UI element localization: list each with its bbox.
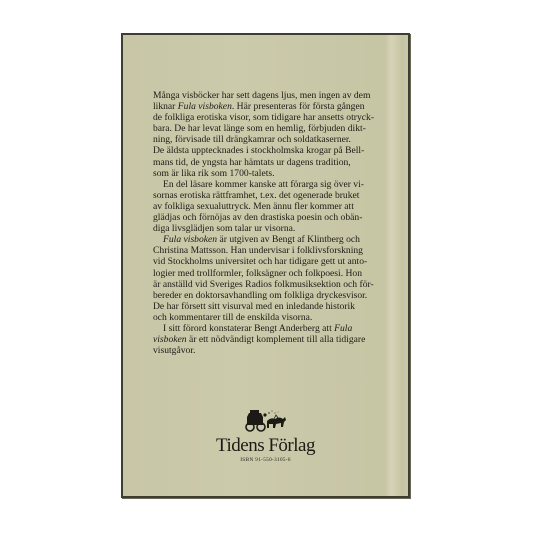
blurb-line: De har försett sitt visurval med en inle… [153, 301, 383, 312]
blurb-line: Fula visboken är utgiven av Bengt af Kli… [153, 234, 383, 245]
blurb-line: I sitt förord konstaterar Bengt Anderber… [153, 323, 383, 334]
blurb-text-segment: är ett nödvändigt komplement till alla t… [187, 334, 366, 345]
blurb-line: är anställd vid Sveriges Radios folkmusi… [153, 279, 383, 290]
blurb-line: av folkliga sexualuttryck. Men ännu fler… [153, 201, 383, 212]
blurb-line: Christina Mattsson. Han undervisar i fol… [153, 245, 383, 256]
book-title-italic: visboken [153, 334, 187, 345]
blurb-line: glädjas och förnöjas av den drastiska po… [153, 212, 383, 223]
blurb-line: Många visböcker har sett dagens ljus, me… [153, 90, 383, 101]
blurb-text-segment: liknar [153, 101, 178, 112]
blurb-text-segment: är utgiven av Bengt af Klintberg och [217, 234, 360, 245]
book-title-italic: Fula visboken [178, 101, 232, 112]
book-title-italic: Fula visboken [163, 234, 217, 245]
blurb-text-segment: . Här presenteras för första gången [232, 101, 365, 112]
blurb-line: liknar Fula visboken. Här presenteras fö… [153, 101, 383, 112]
blurb-line: bereder en doktorsavhandling om folkliga… [153, 290, 383, 301]
blurb-line: bara. De har levat länge som en hemlig, … [153, 123, 383, 134]
blurb-line: mans tid, de yngsta har hämtats ur dagen… [153, 157, 383, 168]
blurb-line: logier med trollformler, folksägner och … [153, 268, 383, 279]
isbn-number: ISBN 91-550-3105-6 [123, 457, 408, 463]
blurb-line: En del läsare kommer kanske att förarga … [153, 179, 383, 190]
blurb-line: ning, förvisade till drängkamrar och sol… [153, 134, 383, 145]
blurb-line: de folkliga erotiska visor, som tidigare… [153, 112, 383, 123]
blurb-line: sornas erotiska rättframhet, t.ex. det o… [153, 190, 383, 201]
book-back-cover: Många visböcker har sett dagens ljus, me… [121, 33, 410, 498]
blurb-line: visboken är ett nödvändigt komplement ti… [153, 334, 383, 345]
blurb-line: vid Stockholms universitet och har tidig… [153, 256, 383, 267]
blurb-line: diga livsglädjen som talar ur visorna. [153, 223, 383, 234]
blurb-line: som är lika rik som 1700-talets. [153, 168, 383, 179]
blurb-text: Många visböcker har sett dagens ljus, me… [153, 90, 383, 356]
blurb-line: De äldsta upptecknades i stockholmska kr… [153, 145, 383, 156]
blurb-line: visutgåvor. [153, 345, 383, 356]
blurb-text-segment: I sitt förord konstaterar Bengt Anderber… [163, 323, 334, 334]
publisher-name: Tidens Förlag [123, 436, 408, 456]
book-title-italic: Fula [334, 323, 352, 334]
blurb-line: och kommentarer till de enskilda visorna… [153, 312, 383, 323]
publisher-block: Tidens Förlag ISBN 91-550-3105-6 [123, 405, 408, 463]
horse-drawn-carriage-icon [241, 405, 291, 435]
